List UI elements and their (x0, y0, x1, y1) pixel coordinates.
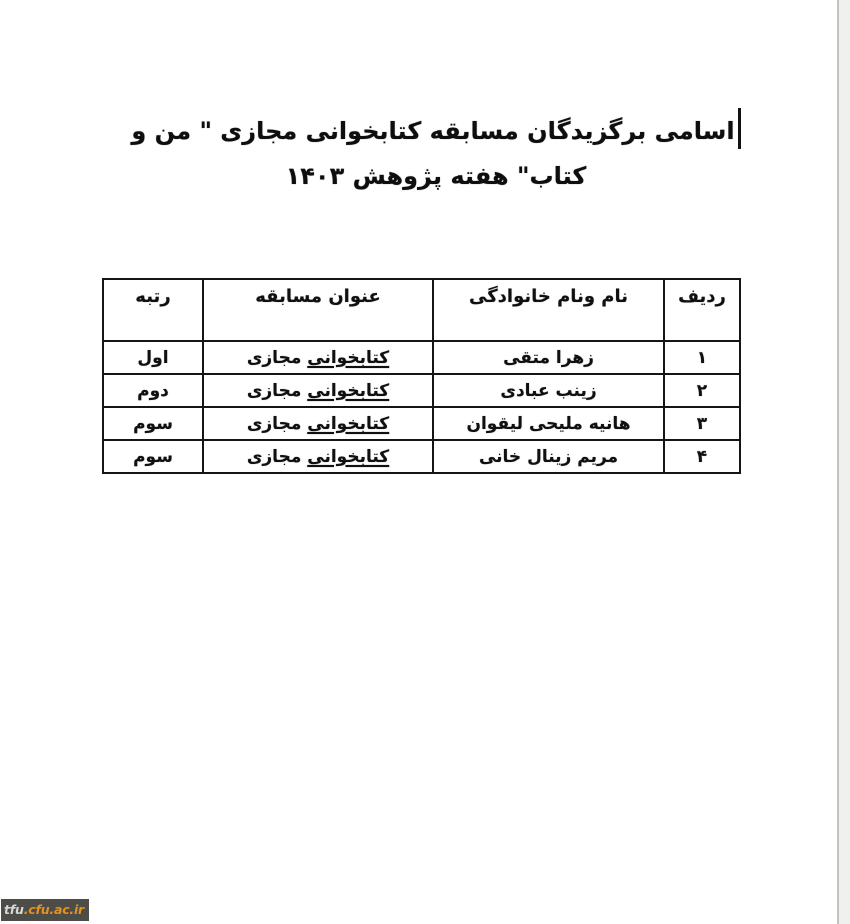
watermark-prefix: tfu (4, 902, 24, 917)
table-row: ۲ زینب عبادی کتابخوانی مجازی دوم (103, 374, 740, 407)
cell-name: زهرا متقی (433, 341, 664, 374)
watermark-domain: .cfu.ac.ir (24, 902, 84, 917)
header-rank: رتبه (103, 279, 203, 341)
contest-word: مجازی (247, 381, 302, 401)
contest-word: مجازی (247, 447, 302, 467)
table-row: ۱ زهرا متقی کتابخوانی مجازی اول (103, 341, 740, 374)
site-watermark: tfu.cfu.ac.ir (1, 899, 89, 921)
table-header-row: ردیف نام ونام خانوادگی عنوان مسابقه رتبه (103, 279, 740, 341)
header-name: نام ونام خانوادگی (433, 279, 664, 341)
contest-word: مجازی (247, 414, 302, 434)
winners-table: ردیف نام ونام خانوادگی عنوان مسابقه رتبه… (102, 278, 741, 474)
cell-contest: کتابخوانی مجازی (203, 440, 433, 473)
cell-radif: ۲ (664, 374, 740, 407)
contest-word-underlined: کتابخوانی (307, 381, 389, 401)
cell-name: هانیه ملیحی لیقوان (433, 407, 664, 440)
cell-contest: کتابخوانی مجازی (203, 341, 433, 374)
document-title: اسامی برگزیدگان مسابقه کتابخوانی مجازی "… (100, 108, 772, 199)
cell-rank: دوم (103, 374, 203, 407)
contest-word-underlined: کتابخوانی (307, 414, 389, 434)
cell-radif: ۳ (664, 407, 740, 440)
contest-word-underlined: کتابخوانی (307, 447, 389, 467)
page-edge-strip (837, 0, 850, 924)
text-cursor (738, 108, 741, 149)
table-row: ۳ هانیه ملیحی لیقوان کتابخوانی مجازی سوم (103, 407, 740, 440)
contest-word-underlined: کتابخوانی (307, 348, 389, 368)
title-line-2: کتاب" هفته پژوهش ۱۴۰۳ (100, 154, 772, 199)
header-radif: ردیف (664, 279, 740, 341)
header-contest: عنوان مسابقه (203, 279, 433, 341)
cell-rank: اول (103, 341, 203, 374)
cell-name: مریم زینال خانی (433, 440, 664, 473)
document-page: اسامی برگزیدگان مسابقه کتابخوانی مجازی "… (0, 0, 850, 924)
cell-radif: ۴ (664, 440, 740, 473)
contest-word: مجازی (247, 348, 302, 368)
cell-name: زینب عبادی (433, 374, 664, 407)
title-line-1: اسامی برگزیدگان مسابقه کتابخوانی مجازی "… (100, 108, 772, 154)
cell-rank: سوم (103, 407, 203, 440)
table-row: ۴ مریم زینال خانی کتابخوانی مجازی سوم (103, 440, 740, 473)
title-line-1-text: اسامی برگزیدگان مسابقه کتابخوانی مجازی "… (131, 117, 734, 145)
cell-rank: سوم (103, 440, 203, 473)
cell-contest: کتابخوانی مجازی (203, 374, 433, 407)
cell-radif: ۱ (664, 341, 740, 374)
cell-contest: کتابخوانی مجازی (203, 407, 433, 440)
